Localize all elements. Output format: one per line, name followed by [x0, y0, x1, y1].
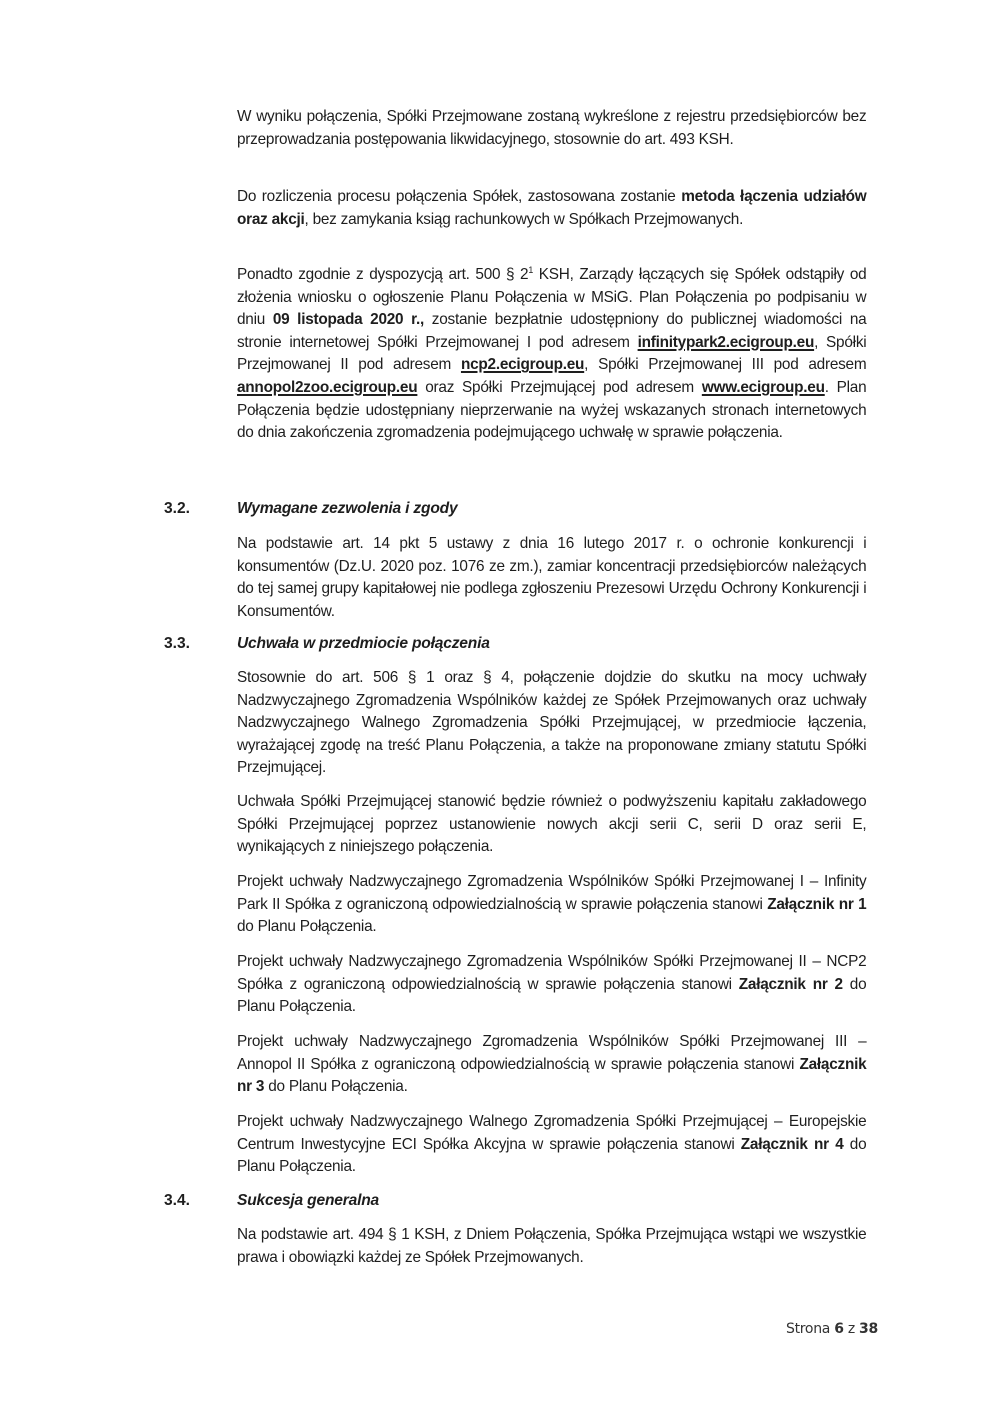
- bold-annex: Załącznik nr 4: [741, 1136, 844, 1153]
- section-3-3-annex-4: Projekt uchwały Nadzwyczajnego Walnego Z…: [237, 1111, 876, 1179]
- section-3-3-body-2: Uchwała Spółki Przejmującej stanowić będ…: [237, 791, 876, 859]
- text-run: Ponadto zgodnie z dyspozycją art. 500 § …: [237, 266, 528, 283]
- section-3-3-body-1: Stosownie do art. 506 § 1 oraz § 4, połą…: [237, 667, 876, 780]
- footer-of: z: [848, 1321, 855, 1337]
- section-number-3-3: 3.3.: [164, 633, 190, 655]
- section-3-3-annex-2: Projekt uchwały Nadzwyczajnego Zgromadze…: [237, 951, 876, 1019]
- text-run: , bez zamykania ksiąg rachunkowych w Spó…: [305, 211, 744, 228]
- text-run: do Planu Połączenia.: [264, 1078, 407, 1095]
- bold-annex: Załącznik nr 1: [767, 896, 866, 913]
- paragraph-annex-2: Projekt uchwały Nadzwyczajnego Zgromadze…: [237, 951, 866, 1019]
- document-page: W wyniku połączenia, Spółki Przejmowane …: [0, 0, 992, 1403]
- paragraph-competition-law: Na podstawie art. 14 pkt 5 ustawy z dnia…: [237, 533, 866, 623]
- text-run: , Spółki Przejmowanej III pod adresem: [584, 356, 866, 373]
- link-annopol2zoo[interactable]: annopol2zoo.ecigroup.eu: [237, 379, 417, 396]
- intro-block-3: Ponadto zgodnie z dyspozycją art. 500 § …: [237, 264, 876, 445]
- paragraph-deletion-from-register: W wyniku połączenia, Spółki Przejmowane …: [237, 106, 866, 151]
- paragraph-settlement-method: Do rozliczenia procesu połączenia Spółek…: [237, 186, 866, 231]
- footer-total-pages: 38: [859, 1321, 878, 1337]
- section-title-3-2: Wymagane zezwolenia i zgody: [237, 498, 457, 520]
- section-number-3-2: 3.2.: [164, 498, 190, 520]
- section-3-4-body: Na podstawie art. 494 § 1 KSH, z Dniem P…: [237, 1224, 876, 1269]
- text-run: Projekt uchwały Nadzwyczajnego Zgromadze…: [237, 1033, 866, 1073]
- section-3-3-annex-1: Projekt uchwały Nadzwyczajnego Zgromadze…: [237, 871, 876, 939]
- section-3-2-body: Na podstawie art. 14 pkt 5 ustawy z dnia…: [237, 533, 876, 623]
- footer-label: Strona: [786, 1321, 830, 1337]
- intro-block: W wyniku połączenia, Spółki Przejmowane …: [237, 106, 876, 151]
- footer-current-page: 6: [834, 1321, 843, 1337]
- paragraph-annex-1: Projekt uchwały Nadzwyczajnego Zgromadze…: [237, 871, 866, 939]
- section-number-3-4: 3.4.: [164, 1190, 190, 1212]
- paragraph-general-succession: Na podstawie art. 494 § 1 KSH, z Dniem P…: [237, 1224, 866, 1269]
- paragraph-annex-3: Projekt uchwały Nadzwyczajnego Zgromadze…: [237, 1031, 866, 1099]
- section-title-3-4: Sukcesja generalna: [237, 1190, 379, 1212]
- paragraph-annex-4: Projekt uchwały Nadzwyczajnego Walnego Z…: [237, 1111, 866, 1179]
- intro-block-2: Do rozliczenia procesu połączenia Spółek…: [237, 186, 876, 231]
- link-ecigroup[interactable]: www.ecigroup.eu: [702, 379, 825, 396]
- text-run: oraz Spółki Przejmującej pod adresem: [417, 379, 701, 396]
- page-number-footer: Strona 6 z 38: [786, 1321, 878, 1337]
- paragraph-resolution-basis: Stosownie do art. 506 § 1 oraz § 4, połą…: [237, 667, 866, 780]
- link-infinitypark2[interactable]: infinitypark2.ecigroup.eu: [638, 334, 814, 351]
- section-3-3-annex-3: Projekt uchwały Nadzwyczajnego Zgromadze…: [237, 1031, 876, 1099]
- section-title-3-3: Uchwała w przedmiocie połączenia: [237, 633, 490, 655]
- bold-annex: Załącznik nr 2: [739, 976, 843, 993]
- paragraph-capital-increase: Uchwała Spółki Przejmującej stanowić będ…: [237, 791, 866, 859]
- text-run: do Planu Połączenia.: [237, 918, 376, 935]
- paragraph-publication: Ponadto zgodnie z dyspozycją art. 500 § …: [237, 264, 866, 445]
- text-run: Do rozliczenia procesu połączenia Spółek…: [237, 188, 681, 205]
- link-ncp2[interactable]: ncp2.ecigroup.eu: [461, 356, 584, 373]
- bold-date: 09 listopada 2020 r.,: [273, 311, 424, 328]
